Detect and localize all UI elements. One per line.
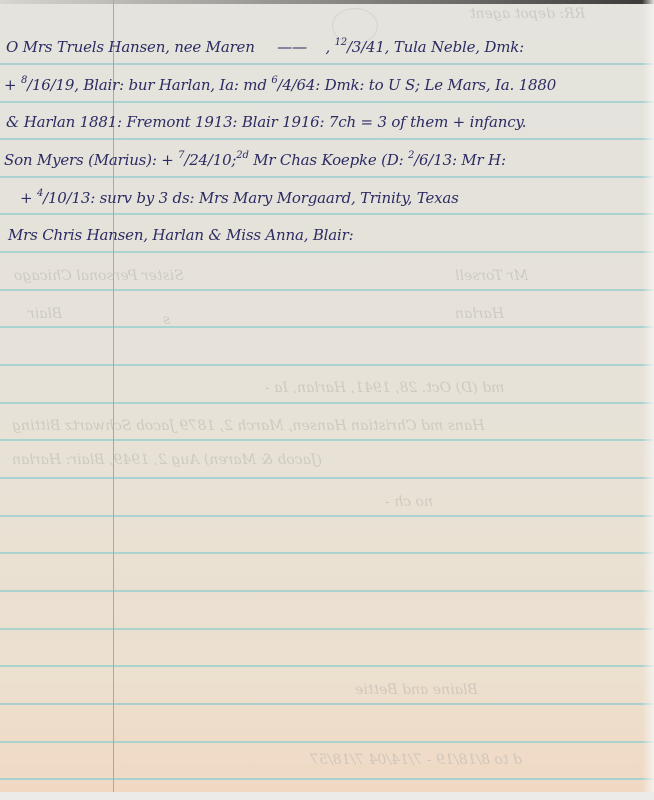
bleed-through-text: Mr Torsell [455, 268, 528, 284]
handwritten-line-2: + 8/16/19, Blair: bur Harlan, Ia: md 6/4… [4, 76, 556, 94]
line5-survivors: surv by 3 ds: Mrs Mary Morgaard, Trinity… [95, 189, 459, 207]
rule-line [0, 251, 654, 253]
rule-line [0, 138, 654, 140]
rule-line [0, 213, 654, 215]
line4-son: Son Myers (Marius): + [4, 151, 178, 169]
line5-plus: + [20, 189, 37, 207]
rule-line [0, 778, 654, 780]
bleed-through-text: Harlan [455, 306, 504, 322]
line4-mr-h: Mr H: [457, 151, 506, 169]
rule-line [0, 477, 654, 479]
rule-line [0, 402, 654, 404]
rule-line [0, 439, 654, 441]
rule-line [0, 741, 654, 743]
handwritten-line-1: O Mrs Truels Hansen, nee Maren —— , 12/3… [6, 38, 524, 56]
line5-date-rest: /10/13: [43, 189, 95, 207]
line1-comma: , [325, 38, 330, 56]
bleed-through-text: Blaine and Bettie [355, 682, 478, 698]
rule-line [0, 101, 654, 103]
handwritten-line-6: Mrs Chris Hansen, Harlan & Miss Anna, Bl… [8, 226, 353, 244]
handwritten-line-3: & Harlan 1881: Fremont 1913: Blair 1916:… [6, 113, 526, 131]
rule-line [0, 665, 654, 667]
bleed-through-text: no ch - [385, 494, 433, 510]
line2-date-rest: /16/19, [27, 76, 79, 94]
line1-place: Tula Neble, Dmk: [389, 38, 524, 56]
scan-bottom-edge [0, 792, 654, 800]
rule-line [0, 63, 654, 65]
rule-line [0, 289, 654, 291]
rule-line [0, 628, 654, 630]
bleed-through-text: RR: depot agent [470, 6, 585, 22]
line2-date2-rest: /4/64: [277, 76, 320, 94]
bleed-through-text: Blair [28, 306, 62, 322]
rule-line [0, 364, 654, 366]
page-top-edge-shadow [0, 0, 654, 4]
line6-survivors: Mrs Chris Hansen, Harlan & Miss Anna, Bl… [8, 226, 353, 244]
line4-date2-rest: /6/13: [414, 151, 457, 169]
rule-line [0, 703, 654, 705]
handwritten-line-4: Son Myers (Marius): + 7/24/10;2d Mr Chas… [4, 151, 506, 169]
bleed-through-text: d to 8/18/19 - 7/14/04 7/18/57 [310, 752, 522, 768]
handwritten-line-5: + 4/10/13: surv by 3 ds: Mrs Mary Morgaa… [20, 189, 459, 207]
line1-name: O Mrs Truels Hansen, nee Maren [6, 38, 255, 56]
bleed-through-text: (Jacob & Maren) Aug 2, 1949, Blair: Harl… [12, 452, 322, 468]
line2-date-month: 8 [21, 75, 27, 86]
page-right-edge [642, 0, 654, 792]
rule-line [0, 515, 654, 517]
line5-date-month: 4 [37, 188, 43, 199]
line4-date-month: 7 [178, 150, 184, 161]
bleed-through-text: Hans md Christian Hansen, March 2, 1879 … [12, 418, 484, 434]
rule-line [0, 176, 654, 178]
line1-date-month: 12 [335, 37, 347, 48]
line4-koepke: Mr Chas Koepke (D: [249, 151, 408, 169]
rule-line [0, 552, 654, 554]
rule-line [0, 590, 654, 592]
line3-residences: & Harlan 1881: Fremont 1913: Blair 1916:… [6, 113, 526, 131]
rule-line [0, 326, 654, 328]
bleed-through-text: md (D) Oct. 28, 1941, Harlan, Ia - [265, 380, 504, 396]
line1-date-rest: /3/41, [347, 38, 389, 56]
line2-plus: + [4, 76, 21, 94]
bleed-through-text: s [163, 312, 170, 328]
line4-date-rest: /24/10; [184, 151, 236, 169]
line2-burial: Blair: bur Harlan, Ia: md [79, 76, 272, 94]
bleed-through-text: Sister Personal Chicago [14, 268, 184, 284]
line2-date2-month: 6 [271, 75, 277, 86]
line2-emigration: Dmk: to U S; Le Mars, Ia. 1880 [320, 76, 556, 94]
notebook-page: RR: depot agent Sister Personal Chicago … [0, 0, 654, 792]
line4-date2-month: 2 [408, 150, 414, 161]
line1-dash: —— [277, 38, 307, 56]
line4-second-marriage: 2d [236, 150, 248, 161]
